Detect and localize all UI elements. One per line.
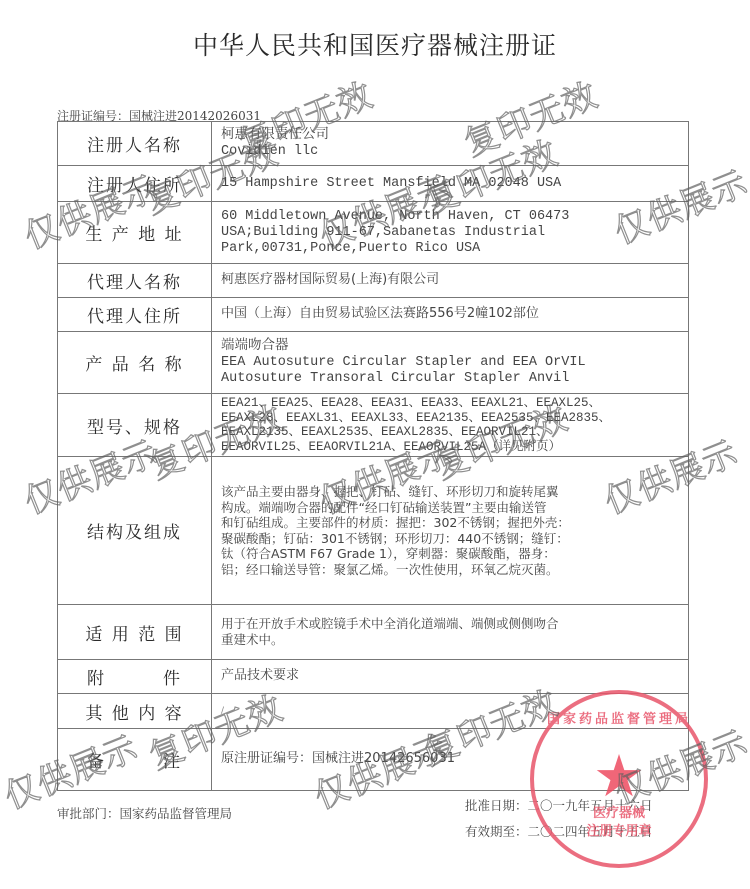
- row-value: EEA21、EEA25、EEA28、EEA31、EEA33、EEAXL21、EE…: [212, 394, 689, 457]
- row-value: 15 Hampshire Street Mansfield MA 02048 U…: [212, 166, 689, 202]
- row-label: 代理人名称: [58, 264, 212, 298]
- row-value: 产品技术要求: [212, 660, 689, 694]
- row-label: 注册人住所: [58, 166, 212, 202]
- table-row: 结构及组成 该产品主要由器身、握把、钉砧、缝钉、环形切刀和旋转尾翼 构成。端端吻…: [58, 457, 689, 605]
- row-label: 生 产 地 址: [58, 202, 212, 264]
- row-value: 用于在开放手术或腔镜手术中全消化道端端、端侧或侧侧吻合 重建术中。: [212, 605, 689, 660]
- official-seal: 国家药品监督管理局 ★ 医疗器械 注册专用章: [530, 690, 708, 868]
- row-label: 型号、规格: [58, 394, 212, 457]
- row-value: 柯惠医疗器材国际贸易(上海)有限公司: [212, 264, 689, 298]
- certificate-table: 注册人名称 柯惠有限责任公司 Covidien llc 注册人住所 15 Ham…: [57, 121, 689, 791]
- table-row: 注册人名称 柯惠有限责任公司 Covidien llc: [58, 122, 689, 166]
- row-label: 结构及组成: [58, 457, 212, 605]
- row-value: 端端吻合器 EEA Autosuture Circular Stapler an…: [212, 332, 689, 394]
- seal-text-line1: 医疗器械: [534, 802, 704, 821]
- table-row: 附 件 产品技术要求: [58, 660, 689, 694]
- row-label: 注册人名称: [58, 122, 212, 166]
- table-row: 型号、规格 EEA21、EEA25、EEA28、EEA31、EEA33、EEAX…: [58, 394, 689, 457]
- row-value: 60 Middletown Avenue, North Haven, CT 06…: [212, 202, 689, 264]
- table-row: 代理人名称 柯惠医疗器材国际贸易(上海)有限公司: [58, 264, 689, 298]
- seal-text-line2: 注册专用章: [534, 820, 704, 839]
- row-label: 附 件: [58, 660, 212, 694]
- row-value: 柯惠有限责任公司 Covidien llc: [212, 122, 689, 166]
- table-row: 代理人住所 中国（上海）自由贸易试验区法赛路556号2幢102部位: [58, 298, 689, 332]
- row-label: 备 注: [58, 729, 212, 791]
- table-row: 生 产 地 址 60 Middletown Avenue, North Have…: [58, 202, 689, 264]
- row-label: 其 他 内 容: [58, 694, 212, 729]
- star-icon: ★: [593, 747, 645, 805]
- table-row: 注册人住所 15 Hampshire Street Mansfield MA 0…: [58, 166, 689, 202]
- row-value: 中国（上海）自由贸易试验区法赛路556号2幢102部位: [212, 298, 689, 332]
- row-value: 该产品主要由器身、握把、钉砧、缝钉、环形切刀和旋转尾翼 构成。端端吻合器的配件“…: [212, 457, 689, 605]
- table-row: 产 品 名 称 端端吻合器 EEA Autosuture Circular St…: [58, 332, 689, 394]
- seal-ring-text: 国家药品监督管理局: [534, 708, 704, 727]
- row-label: 产 品 名 称: [58, 332, 212, 394]
- row-label: 适 用 范 围: [58, 605, 212, 660]
- row-label: 代理人住所: [58, 298, 212, 332]
- document-title: 中华人民共和国医疗器械注册证: [0, 26, 750, 62]
- table-row: 适 用 范 围 用于在开放手术或腔镜手术中全消化道端端、端侧或侧侧吻合 重建术中…: [58, 605, 689, 660]
- approval-department: 审批部门：国家药品监督管理局: [57, 804, 232, 822]
